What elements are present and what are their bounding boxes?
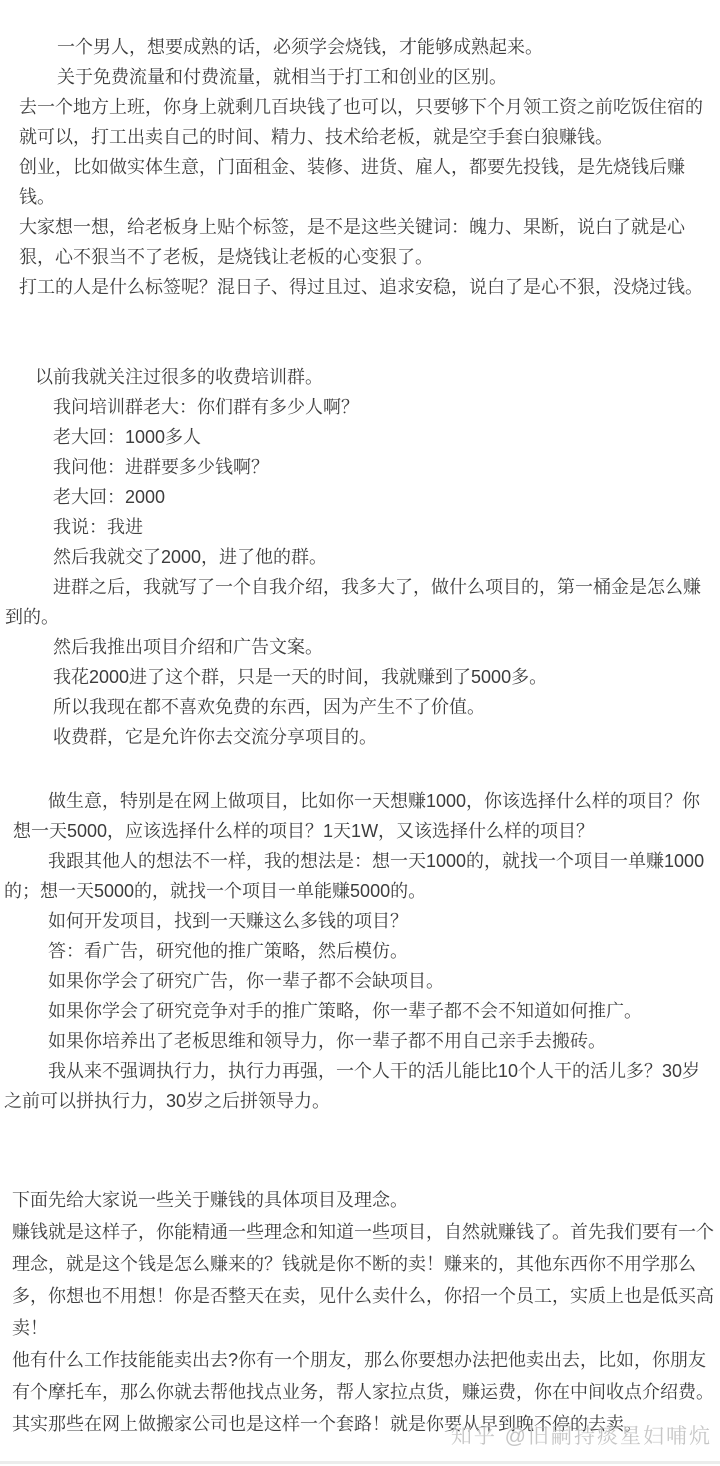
paragraph: 老大回：1000多人: [5, 422, 718, 452]
paragraph: 然后我推出项目介绍和广告文案。: [5, 632, 718, 662]
paragraph: 打工的人是什么标签呢？混日子、得过且过、追求安稳，说白了是心不狠，没烧过钱。: [19, 272, 718, 302]
zhihu-watermark: 知乎 @旧嗣持痰星妇哺炕: [451, 1424, 712, 1450]
paragraph: 收费群，它是允许你去交流分享项目的。: [5, 722, 718, 752]
paragraph: 做生意，特别是在网上做项目，比如你一天想赚1000，你该选择什么样的项目？你想一…: [13, 786, 718, 846]
paragraph: 我从来不强调执行力，执行力再强，一个人干的活儿能比10个人干的活儿多？30岁之前…: [4, 1056, 718, 1116]
paragraph: 如果你学会了研究广告，你一辈子都不会缺项目。: [4, 966, 718, 996]
paragraph: 如果你培养出了老板思维和领导力，你一辈子都不用自己亲手去搬砖。: [4, 1026, 718, 1056]
paragraph: 我问他：进群要多少钱啊？: [5, 452, 718, 482]
paragraph: 所以我现在都不喜欢免费的东西，因为产生不了价值。: [5, 692, 718, 722]
paragraph: 老大回：2000: [5, 482, 718, 512]
bottom-divider: [0, 1461, 720, 1464]
paragraph: 去一个地方上班，你身上就剩几百块钱了也可以，只要够下个月领工资之前吃饭住宿的就可…: [19, 92, 718, 152]
paragraph: 我问培训群老大：你们群有多少人啊？: [5, 392, 718, 422]
paragraph: 以前我就关注过很多的收费培训群。: [5, 362, 718, 392]
paragraph: 如果你学会了研究竞争对手的推广策略，你一辈子都不会不知道如何推广。: [4, 996, 718, 1026]
paragraph: 一个男人，想要成熟的话，必须学会烧钱，才能够成熟起来。: [19, 32, 718, 62]
paragraph: 我说：我进: [5, 512, 718, 542]
section-selling-concept: 下面先给大家说一些关于赚钱的具体项目及理念。 赚钱就是这样子，你能精通一些理念和…: [0, 1184, 720, 1440]
paragraph: 答：看广告，研究他的推广策略，然后模仿。: [4, 936, 718, 966]
section-paid-group-story: 以前我就关注过很多的收费培训群。 我问培训群老大：你们群有多少人啊？ 老大回：1…: [0, 362, 720, 752]
section-burn-money: 一个男人，想要成熟的话，必须学会烧钱，才能够成熟起来。 关于免费流量和付费流量，…: [0, 32, 720, 302]
paragraph: 进群之后，我就写了一个自我介绍，我多大了，做什么项目的，第一桶金是怎么赚到的。: [5, 572, 718, 632]
paragraph: 大家想一想，给老板身上贴个标签，是不是这些关键词：魄力、果断，说白了就是心狠，心…: [19, 212, 718, 272]
paragraph: 我花2000进了这个群，只是一天的时间，我就赚到了5000多。: [5, 662, 718, 692]
paragraph: 然后我就交了2000，进了他的群。: [5, 542, 718, 572]
paragraph: 如何开发项目，找到一天赚这么多钱的项目？: [4, 906, 718, 936]
paragraph: 赚钱就是这样子，你能精通一些理念和知道一些项目，自然就赚钱了。首先我们要有一个理…: [12, 1216, 718, 1344]
paragraph: 我跟其他人的想法不一样，我的想法是：想一天1000的，就找一个项目一单赚1000…: [4, 846, 718, 906]
paragraph: 创业，比如做实体生意，门面租金、装修、进货、雇人，都要先投钱，是先烧钱后赚钱。: [19, 152, 718, 212]
section-project-selection: 做生意，特别是在网上做项目，比如你一天想赚1000，你该选择什么样的项目？你想一…: [0, 786, 720, 1116]
paragraph: 下面先给大家说一些关于赚钱的具体项目及理念。: [12, 1184, 718, 1216]
paragraph: 关于免费流量和付费流量，就相当于打工和创业的区别。: [19, 62, 718, 92]
article-body: 一个男人，想要成熟的话，必须学会烧钱，才能够成熟起来。 关于免费流量和付费流量，…: [0, 0, 720, 1440]
